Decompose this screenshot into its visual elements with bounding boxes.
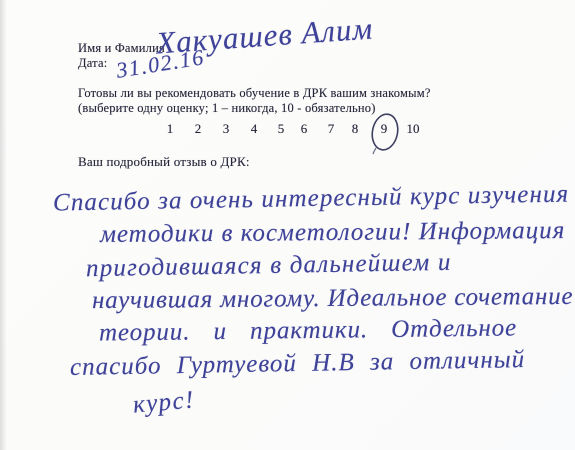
handwritten-review-line: научившая многому. Идеальное сочетание bbox=[92, 284, 574, 313]
rating-option-5: 5 bbox=[278, 121, 285, 137]
rating-option-1: 1 bbox=[167, 121, 174, 137]
rating-option-10: 10 bbox=[407, 121, 420, 137]
recommend-question: Готовы ли вы рекомендовать обучение в ДР… bbox=[78, 86, 431, 101]
rating-option-2: 2 bbox=[195, 121, 202, 137]
rating-option-6: 6 bbox=[301, 121, 308, 137]
review-label: Ваш подробный отзыв о ДРК: bbox=[78, 154, 250, 170]
handwritten-review-line: методики в косметологии! Информация bbox=[100, 218, 566, 247]
rating-option-7: 7 bbox=[328, 121, 335, 137]
handwritten-review-line: пригодившаяся в дальнейшем и bbox=[86, 250, 452, 281]
handwritten-review-line: курс! bbox=[132, 387, 196, 417]
recommend-question-hint: (выберите одну оценку; 1 – никогда, 10 -… bbox=[78, 101, 376, 116]
rating-option-9: 9 bbox=[381, 121, 388, 137]
scan-edge-shadow bbox=[0, 0, 7, 450]
handwritten-review-line: спасибо Гуртуевой Н.В за отличный bbox=[70, 347, 526, 380]
scanned-feedback-form: Имя и Фамилия Дата: Хакуашев Алим 31.02.… bbox=[0, 0, 575, 450]
rating-option-8: 8 bbox=[352, 121, 359, 137]
date-label: Дата: bbox=[78, 56, 107, 71]
handwritten-review-line: теории. и практики. Отдельное bbox=[99, 315, 517, 345]
rating-option-3: 3 bbox=[223, 121, 230, 137]
handwritten-review-line: Спасибо за очень интересный курс изучени… bbox=[53, 181, 570, 215]
rating-option-4: 4 bbox=[251, 121, 258, 137]
